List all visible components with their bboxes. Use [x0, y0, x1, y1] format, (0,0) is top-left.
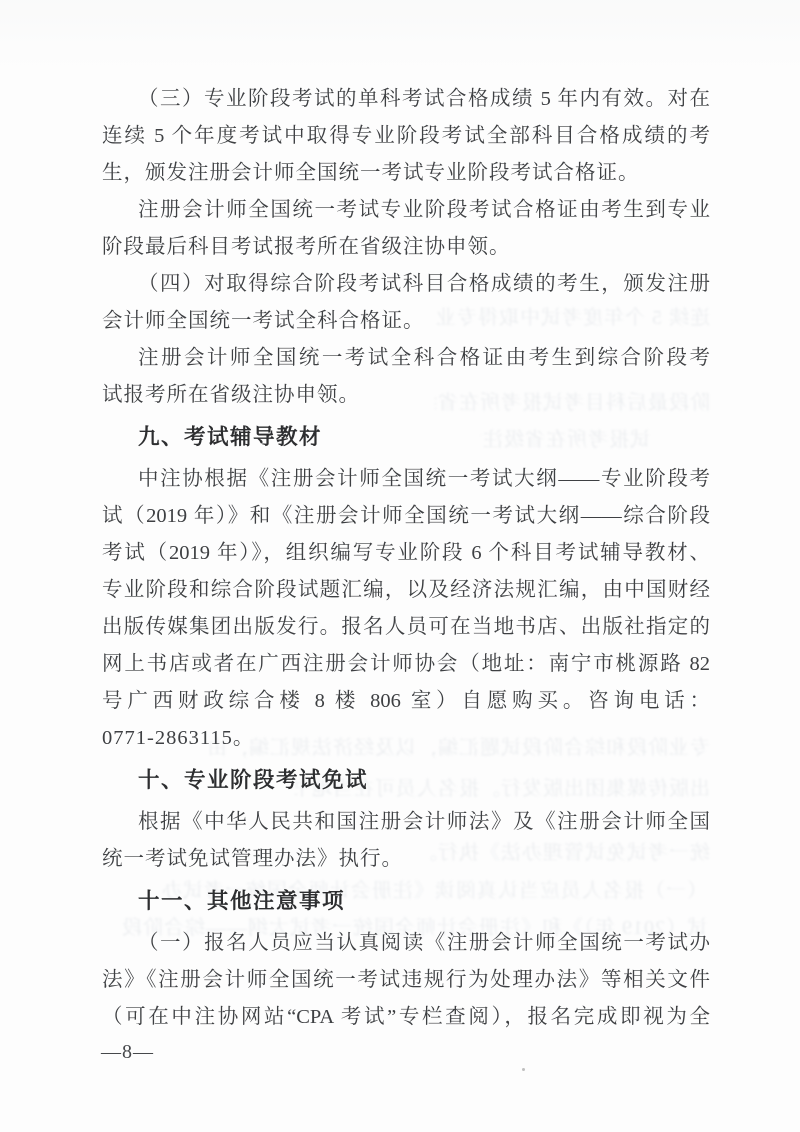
section-heading: 十、专业阶段考试免试 — [102, 762, 710, 799]
text-line: 号广西财政综合楼 8 楼 806 室）自愿购买。咨询电话： — [102, 683, 710, 720]
text-line: 注册会计师全国统一考试专业阶段考试合格证由考生到专业 — [102, 192, 710, 229]
text-line: 试报考所在省级注协申领。 — [102, 377, 710, 414]
scanned-document-page: 连续 5 个年度考试中取得专业阶段考试全部科目合格成绩的考阶段最后科目考试报考所… — [0, 0, 800, 1132]
text-line: 考试（2019 年）》，组织编写专业阶段 6 个科目考试辅导教材、 — [102, 535, 710, 572]
text-line: 中注协根据《注册会计师全国统一考试大纲——专业阶段考 — [102, 461, 710, 498]
section-heading: 十一、其他注意事项 — [102, 883, 710, 920]
page-number: —8— — [101, 1040, 154, 1064]
text-line: （一）报名人员应当认真阅读《注册会计师全国统一考试办 — [102, 925, 710, 962]
section-heading: 九、考试辅导教材 — [102, 419, 710, 456]
text-line: 生，颁发注册会计师全国统一考试专业阶段考试合格证。 — [102, 155, 710, 192]
text-line: 网上书店或者在广西注册会计师协会（地址：南宁市桃源路 82 — [102, 646, 710, 683]
scan-speck — [522, 1068, 525, 1071]
text-line: 阶段最后科目考试报考所在省级注协申领。 — [102, 229, 710, 266]
text-line: 注册会计师全国统一考试全科合格证由考生到综合阶段考 — [102, 340, 710, 377]
text-line: 会计师全国统一考试全科合格证。 — [102, 303, 710, 340]
text-line: 法》《注册会计师全国统一考试违规行为处理办法》等相关文件 — [102, 962, 710, 999]
text-line: （四）对取得综合阶段考试科目合格成绩的考生，颁发注册 — [102, 266, 710, 303]
text-line: （三）专业阶段考试的单科考试合格成绩 5 年内有效。对在 — [102, 81, 710, 118]
text-line: （可在中注协网站“CPA 考试”专栏查阅），报名完成即视为全 — [102, 999, 710, 1036]
text-line: 统一考试免试管理办法》执行。 — [102, 841, 710, 878]
text-line: 专业阶段和综合阶段试题汇编，以及经济法规汇编，由中国财经 — [102, 572, 710, 609]
document-body: （三）专业阶段考试的单科考试合格成绩 5 年内有效。对在连续 5 个年度考试中取… — [102, 81, 710, 1036]
text-line: 出版传媒集团出版发行。报名人员可在当地书店、出版社指定的 — [102, 609, 710, 646]
text-line: 根据《中华人民共和国注册会计师法》及《注册会计师全国 — [102, 804, 710, 841]
text-line: 连续 5 个年度考试中取得专业阶段考试全部科目合格成绩的考 — [102, 118, 710, 155]
text-line: 试（2019 年）》和《注册会计师全国统一考试大纲——综合阶段 — [102, 498, 710, 535]
text-line: 0771-2863115。 — [102, 720, 710, 757]
